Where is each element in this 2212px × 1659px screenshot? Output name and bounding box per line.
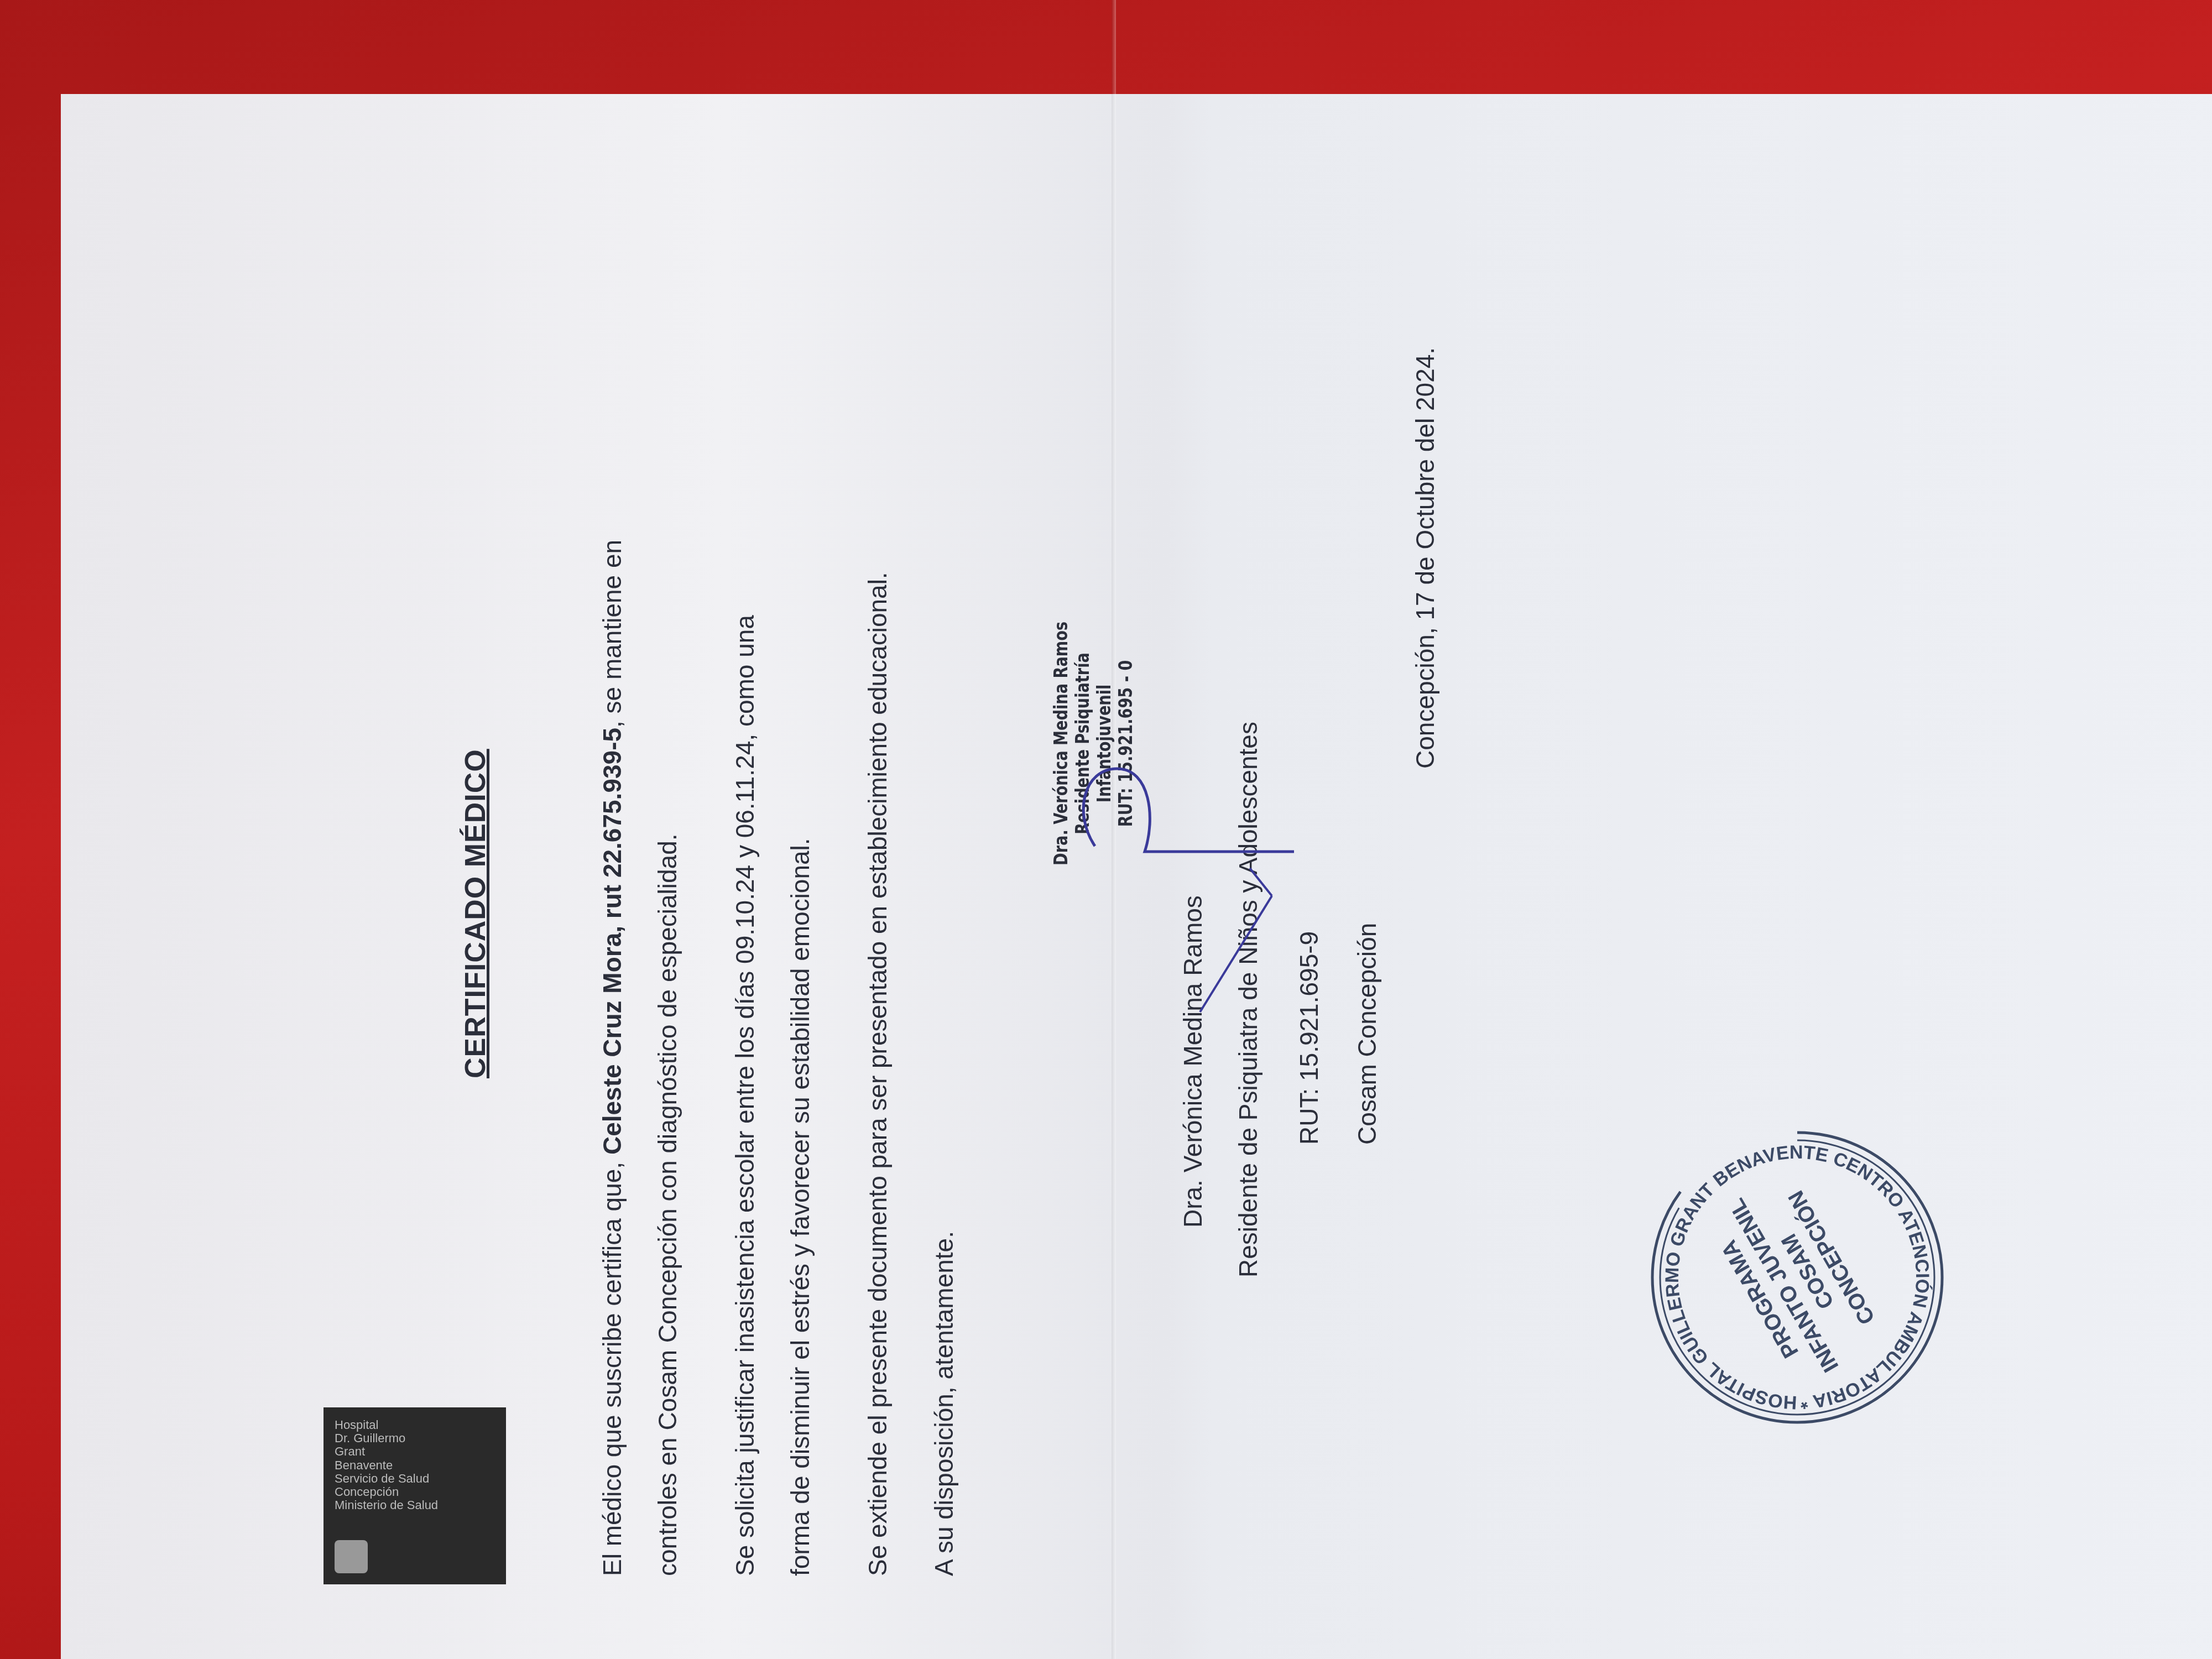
p1-prefix: El médico que suscribe certifica que, xyxy=(598,1155,627,1576)
paragraph-1-line-1: El médico que suscribe certifica que, Ce… xyxy=(597,540,627,1576)
patient-name-rut: Celeste Cruz Mora, rut 22.675.939-5 xyxy=(598,728,627,1155)
handwritten-signature xyxy=(1073,691,1294,1078)
logo-line: Concepción xyxy=(335,1485,495,1499)
institution-seal: HOSPITAL GUILLERMO GRANT BENAVENTE CENTR… xyxy=(1642,1123,1952,1432)
logo-line: Benavente xyxy=(335,1459,495,1472)
stamp-name: Dra. Verónica Medina Ramos xyxy=(1051,622,1072,865)
hospital-logo: Hospital Dr. Guillermo Grant Benavente S… xyxy=(324,1407,506,1584)
logo-line: Grant xyxy=(335,1445,495,1458)
logo-line: Dr. Guillermo xyxy=(335,1432,495,1445)
certificate-document: Hospital Dr. Guillermo Grant Benavente S… xyxy=(387,194,1493,1631)
document-title: CERTIFICADO MÉDICO xyxy=(459,749,492,1078)
p1-suffix: , se mantiene en xyxy=(598,540,627,728)
place-date: Concepción, 17 de Octubre del 2024. xyxy=(1410,347,1440,769)
logo-ministry: Ministerio de Salud xyxy=(335,1499,495,1512)
logo-line: Servicio de Salud xyxy=(335,1472,495,1485)
signer-center: Cosam Concepción xyxy=(1352,923,1382,1145)
signer-rut: RUT: 15.921.695-9 xyxy=(1294,931,1324,1145)
paragraph-4: A su disposición, atentamente. xyxy=(929,1231,959,1576)
logo-line: Hospital xyxy=(335,1418,495,1432)
government-crest-icon xyxy=(335,1540,368,1573)
paragraph-2-line-1: Se solicita justificar inasistencia esco… xyxy=(730,615,760,1576)
paragraph-3: Se extiende el presente documento para s… xyxy=(863,572,893,1576)
paragraph-2-line-2: forma de disminuir el estrés y favorecer… xyxy=(785,838,815,1576)
paragraph-1-line-2: controles en Cosam Concepción con diagnó… xyxy=(653,834,682,1577)
